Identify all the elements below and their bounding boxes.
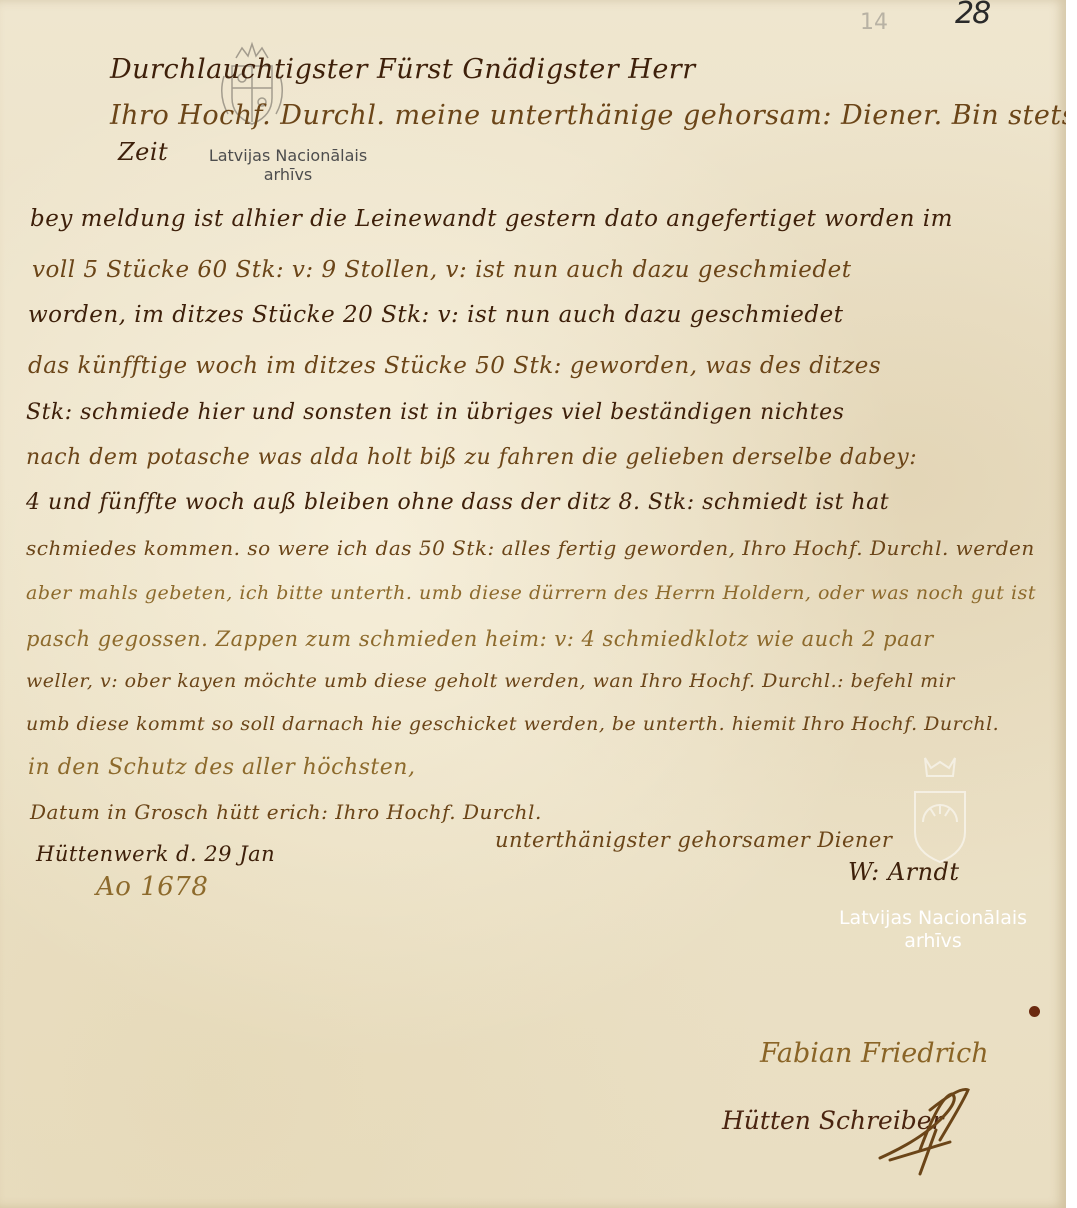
body-line-10: pasch gegossen. Zappen zum schmieden hei…: [26, 627, 934, 651]
body-line-4: das künfftige woch im ditzes Stücke 50 S…: [28, 353, 881, 379]
archive-watermark-top: Latvijas Nacionālais arhīvs: [188, 146, 388, 184]
body-line-3: worden, im ditzes Stücke 20 Stk: v: ist …: [28, 302, 843, 328]
body-line-6: nach dem potasche was alda holt biß zu f…: [26, 445, 917, 470]
date-line-1: Datum in Grosch hütt erich: Ihro Hochf. …: [30, 800, 542, 824]
body-line-7: 4 und fünffte woch auß bleiben ohne dass…: [26, 490, 889, 515]
folio-number: 28: [955, 0, 989, 31]
pencil-mark: 14: [860, 10, 888, 35]
body-line-2: voll 5 Stücke 60 Stk: v: 9 Stollen, v: i…: [32, 257, 851, 283]
body-line-12: umb diese kommt so soll darnach hie gesc…: [26, 713, 999, 735]
signature-name: Fabian Friedrich: [760, 1038, 989, 1069]
body-line-13: in den Schutz des aller höchsten,: [28, 755, 415, 780]
manuscript-page: 14 28 Latvijas Nacionālais arhīvs Durchl…: [0, 0, 1068, 1208]
body-line-9: aber mahls gebeten, ich bitte unterth. u…: [26, 582, 1036, 604]
heading-line-1: Durchlauchtigster Fürst Gnädigster Herr: [110, 54, 696, 85]
archive-watermark-bottom: Latvijas Nacionālais arhīvs: [808, 907, 1058, 953]
body-line-1: bey meldung ist alhier die Leinewandt ge…: [30, 206, 953, 232]
heading-line-2: Ihro Hochf. Durchl. meine unterthänige g…: [110, 100, 1077, 131]
body-line-11: weller, v: ober kayen möchte umb diese g…: [26, 670, 955, 692]
heading-line-3: Zeit: [118, 138, 168, 166]
paraph-flourish-icon: [860, 1080, 980, 1180]
scan-margin: [1066, 0, 1077, 1208]
body-line-8: schmiedes kommen. so were ich das 50 Stk…: [26, 536, 1035, 560]
date-line-2: Hüttenwerk d. 29 Jan: [36, 842, 275, 866]
coat-of-arms-watermark-icon-2: [895, 752, 985, 872]
salutation-line: unterthänigster gehorsamer Diener: [495, 828, 892, 852]
year-line: Ao 1678: [96, 872, 208, 902]
ink-spot: [1029, 1006, 1040, 1017]
body-line-5: Stk: schmiede hier und sonsten ist in üb…: [26, 400, 844, 425]
